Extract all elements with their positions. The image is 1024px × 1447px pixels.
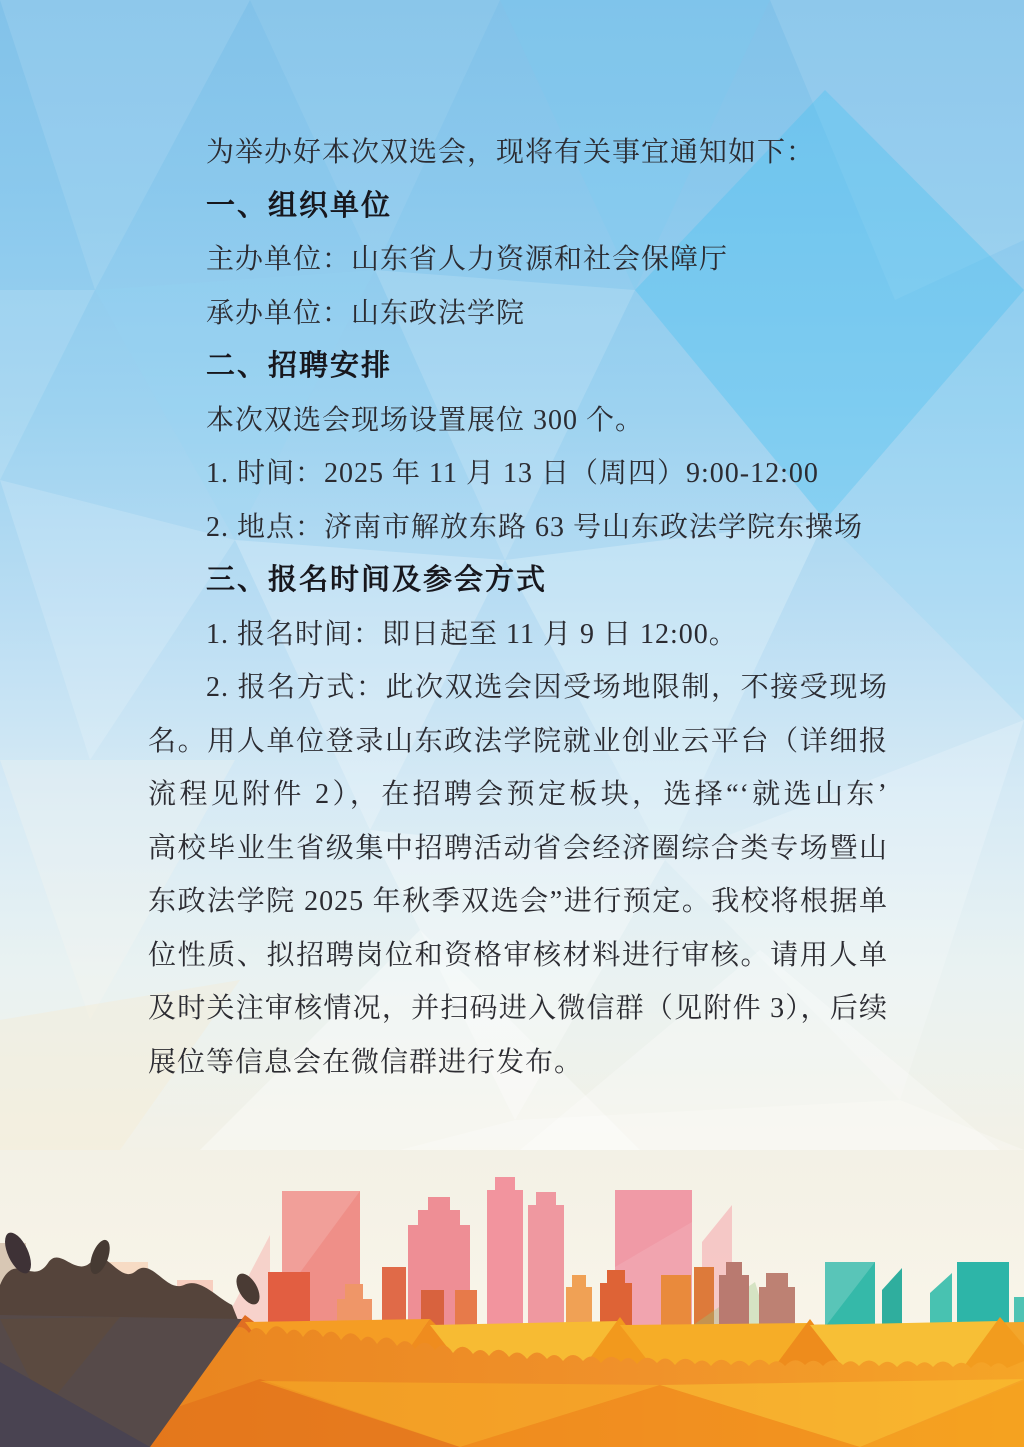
notice-line: 承办单位：山东政法学院	[148, 287, 888, 341]
notice-body: 为举办好本次双选会，现将有关事宜通知如下： 一、组织单位 主办单位：山东省人力资…	[148, 0, 888, 1089]
notice-line: 及时关注审核情况，并扫码进入微信群（见附件 3），后续	[148, 982, 888, 1036]
section-heading-organizers: 一、组织单位	[148, 180, 888, 234]
notice-line: 高校毕业生省级集中招聘活动省会经济圈综合类专场暨山	[148, 822, 888, 876]
notice-line-location: 2. 地点：济南市解放东路 63 号山东政法学院东操场	[148, 501, 888, 555]
notice-line-reg-time: 1. 报名时间：即日起至 11 月 9 日 12:00。	[148, 608, 888, 662]
section-heading-schedule: 二、招聘安排	[148, 340, 888, 394]
notice-page: 为举办好本次双选会，现将有关事宜通知如下： 一、组织单位 主办单位：山东省人力资…	[0, 0, 1024, 1447]
notice-line: 东政法学院 2025 年秋季双选会”进行预定。我校将根据单	[148, 875, 888, 929]
notice-line: 主办单位：山东省人力资源和社会保障厅	[148, 233, 888, 287]
city-skyline-illustration	[0, 1147, 1024, 1447]
notice-line: 展位等信息会在微信群进行发布。	[148, 1036, 888, 1090]
notice-line: 2. 报名方式：此次双选会因受场地限制，不接受现场报	[148, 661, 888, 715]
notice-line: 流程见附件 2），在招聘会预定板块，选择“‘就选山东’	[148, 768, 888, 822]
section-heading-registration: 三、报名时间及参会方式	[148, 554, 888, 608]
notice-line-time: 1. 时间：2025 年 11 月 13 日（周四）9:00-12:00	[148, 447, 888, 501]
notice-line: 名。用人单位登录山东政法学院就业创业云平台（详细报名	[148, 715, 888, 769]
notice-line: 本次双选会现场设置展位 300 个。	[148, 394, 888, 448]
foliage-silhouette	[0, 1229, 264, 1325]
notice-line: 位性质、拟招聘岗位和资格审核材料进行审核。请用人单位	[148, 929, 888, 983]
notice-line: 为举办好本次双选会，现将有关事宜通知如下：	[148, 126, 888, 180]
